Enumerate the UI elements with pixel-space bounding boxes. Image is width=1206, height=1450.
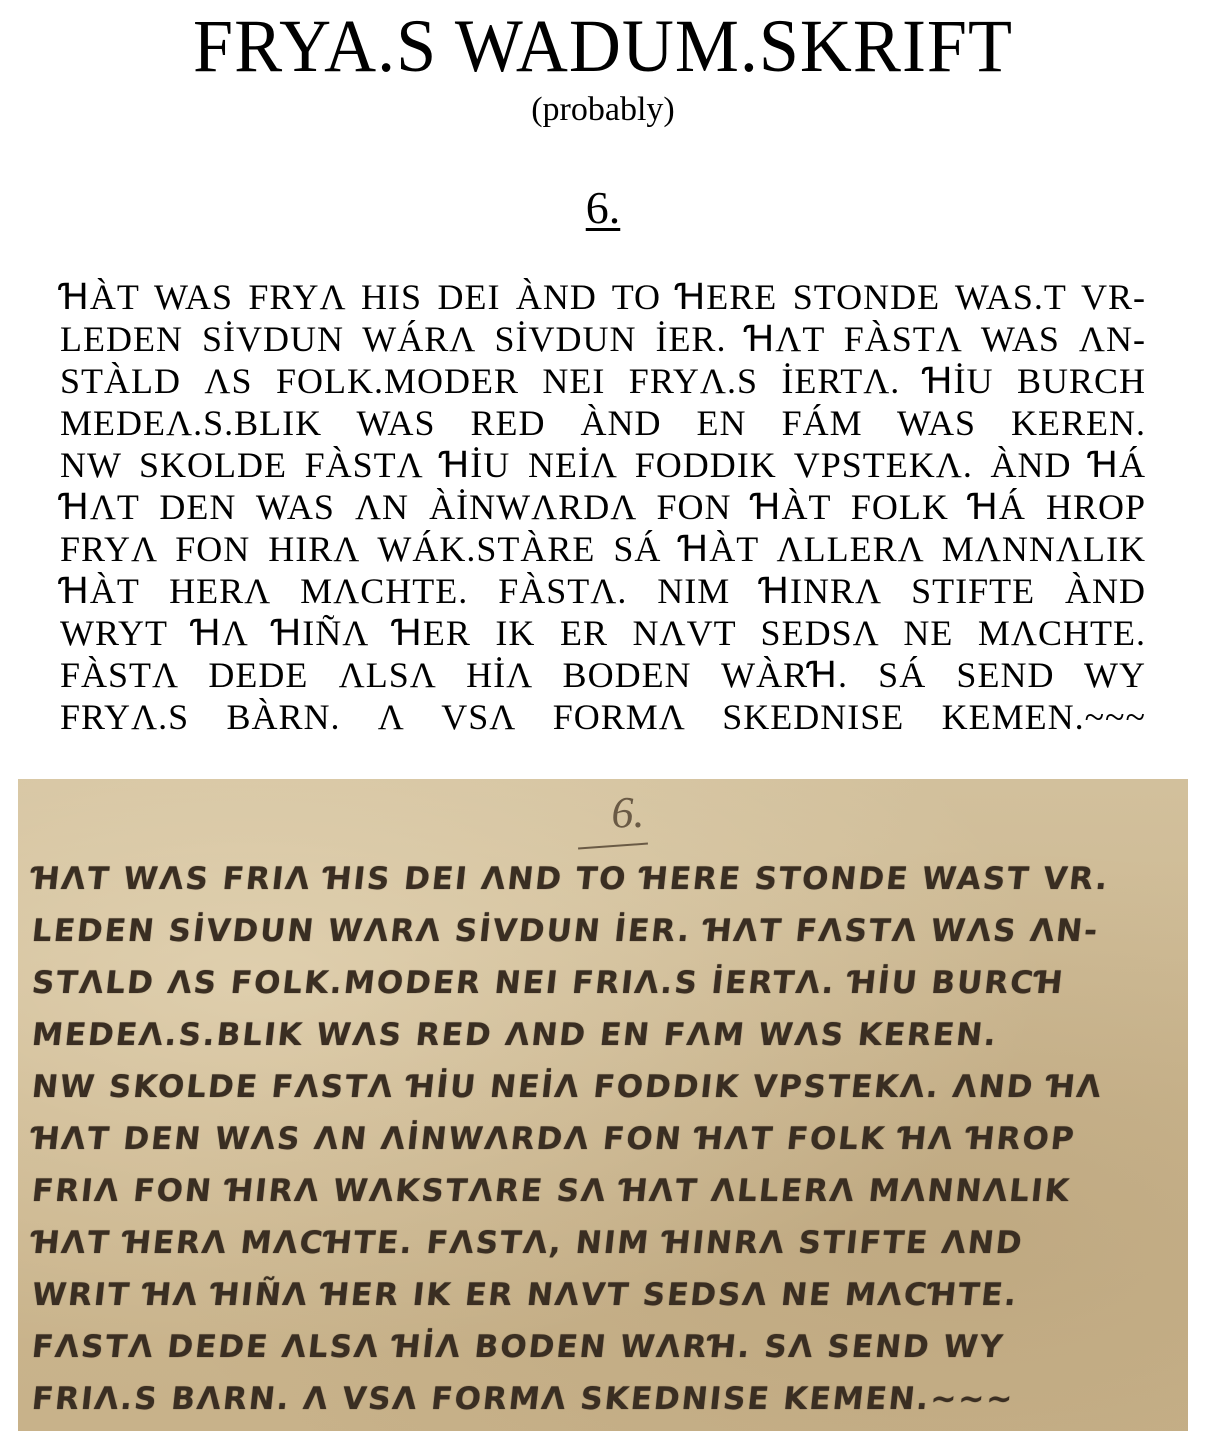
transcription-line: FÀSTΛ DEDE ΛLSΛ HİΛ BODEN WÀRꞪ. SÁ SEND … bbox=[60, 654, 1146, 696]
manuscript-line: ꞪΛT DEN WΛS ΛN ΛİNWΛRDΛ FON ꞪΛT FOLK ꞪΛ … bbox=[29, 1113, 1174, 1165]
transcription-line-text: ꞪΛT DEN WAS ΛN ÀİNWΛRDΛ FON ꞪÀT FOLK ꞪÁ … bbox=[60, 487, 1146, 527]
transcription-line-text: ꞪÀT WAS FRYΛ HIS DEI ÀND TO ꞪERE STONDE … bbox=[60, 277, 1146, 317]
transcription-line-text: MEDEΛ.S.BLIK WAS RED ÀND EN FÁM WAS KERE… bbox=[60, 403, 1146, 443]
chapter-number: 6. bbox=[0, 180, 1206, 236]
manuscript-line: NW SKOLDE FΛSTΛ ꞪİU NEİΛ FODDIK VPSTEKΛ.… bbox=[29, 1061, 1174, 1113]
manuscript-chapter-number: 6. bbox=[583, 787, 673, 838]
transcription-line-text: LEDEN SİVDUN WÁRΛ SİVDUN İER. ꞪΛT FÀSTΛ … bbox=[60, 319, 1146, 359]
transcription-line-text: STÀLD ΛS FOLK.MODER NEI FRYΛ.S İERTΛ. Ɦİ… bbox=[60, 361, 1146, 401]
manuscript-line: ꞪΛT ꞪERΛ MΛCꞪTE. FΛSTΛ, NIM ꞪINRΛ STIFTE… bbox=[29, 1217, 1174, 1269]
transcription-line: WRYT ꞪΛ ꞪIÑΛ ꞪER IK ER NΛVT SEDSΛ NE MΛC… bbox=[60, 612, 1146, 654]
manuscript-line: WRIT ꞪΛ ꞪIÑΛ ꞪER IK ER NΛVT SEDSΛ NE MΛC… bbox=[29, 1269, 1174, 1321]
manuscript-line: FΛSTΛ DEDE ΛLSΛ ꞪİΛ BODEN WΛRꞪ. SΛ SEND … bbox=[29, 1321, 1174, 1373]
manuscript-text: ꞪΛT WΛS FRIΛ ꞪIS DEI ΛND TO ꞪERE STONDE … bbox=[32, 853, 1172, 1425]
transcription-line: FRYΛ FON HIRΛ WÁK.STÀRE SÁ ꞪÀT ΛLLERΛ MΛ… bbox=[60, 528, 1146, 570]
manuscript-line: ꞪΛT WΛS FRIΛ ꞪIS DEI ΛND TO ꞪERE STONDE … bbox=[29, 853, 1174, 905]
transcription-line: MEDEΛ.S.BLIK WAS RED ÀND EN FÁM WAS KERE… bbox=[60, 402, 1146, 444]
manuscript-line: LEDEN SİVDUN WΛRΛ SİVDUN İER. ꞪΛT FΛSTΛ … bbox=[29, 905, 1174, 957]
transcription-line: NW SKOLDE FÀSTΛ ꞪİU NEİΛ FODDIK VPSTEKΛ.… bbox=[60, 444, 1146, 486]
transcription-text: ꞪÀT WAS FRYΛ HIS DEI ÀND TO ꞪERE STONDE … bbox=[60, 276, 1146, 738]
transcription-line: ꞪÀT HERΛ MΛCHTE. FÀSTΛ. NIM ꞪINRΛ STIFTE… bbox=[60, 570, 1146, 612]
transcription-line: LEDEN SİVDUN WÁRΛ SİVDUN İER. ꞪΛT FÀSTΛ … bbox=[60, 318, 1146, 360]
transcription-line: STÀLD ΛS FOLK.MODER NEI FRYΛ.S İERTΛ. Ɦİ… bbox=[60, 360, 1146, 402]
page-title: FRYA.S WADUM.SKRIFT bbox=[0, 4, 1206, 88]
transcription-line-text: WRYT ꞪΛ ꞪIÑΛ ꞪER IK ER NΛVT SEDSΛ NE MΛC… bbox=[60, 613, 1146, 653]
manuscript-line: FRIΛ.S BΛRN. Λ VSΛ FORMΛ SKEDNISE KEMEN.… bbox=[29, 1373, 1174, 1425]
transcription-line-text: ꞪÀT HERΛ MΛCHTE. FÀSTΛ. NIM ꞪINRΛ STIFTE… bbox=[60, 571, 1146, 611]
manuscript-line: STΛLD ΛS FOLK.MODER NEI FRIΛ.S İERTΛ. Ɦİ… bbox=[29, 957, 1174, 1009]
transcription-line: FRYΛ.S BÀRN. Λ VSΛ FORMΛ SKEDNISE KEMEN.… bbox=[60, 696, 1146, 738]
transcription-line: ꞪΛT DEN WAS ΛN ÀİNWΛRDΛ FON ꞪÀT FOLK ꞪÁ … bbox=[60, 486, 1146, 528]
transcription-line-text: FRYΛ.S BÀRN. Λ VSΛ FORMΛ SKEDNISE KEMEN.… bbox=[60, 697, 1146, 737]
transcription-line-text: FÀSTΛ DEDE ΛLSΛ HİΛ BODEN WÀRꞪ. SÁ SEND … bbox=[60, 655, 1146, 695]
page-subtitle: (probably) bbox=[0, 88, 1206, 132]
manuscript-line: MEDEΛ.S.BLIK WΛS RED ΛND EN FΛM WΛS KERE… bbox=[29, 1009, 1174, 1061]
manuscript-image: 6. ꞪΛT WΛS FRIΛ ꞪIS DEI ΛND TO ꞪERE STON… bbox=[18, 779, 1188, 1431]
manuscript-chapter-underline bbox=[578, 843, 648, 850]
chapter-number-text: 6. bbox=[586, 182, 621, 233]
transcription-line-text: NW SKOLDE FÀSTΛ ꞪİU NEİΛ FODDIK VPSTEKΛ.… bbox=[60, 445, 1146, 485]
transcription-line-text: FRYΛ FON HIRΛ WÁK.STÀRE SÁ ꞪÀT ΛLLERΛ MΛ… bbox=[60, 529, 1146, 569]
manuscript-line: FRIΛ FON ꞪIRΛ WΛKSTΛRE SΛ ꞪΛT ΛLLERΛ MΛN… bbox=[29, 1165, 1174, 1217]
transcription-line: ꞪÀT WAS FRYΛ HIS DEI ÀND TO ꞪERE STONDE … bbox=[60, 276, 1146, 318]
